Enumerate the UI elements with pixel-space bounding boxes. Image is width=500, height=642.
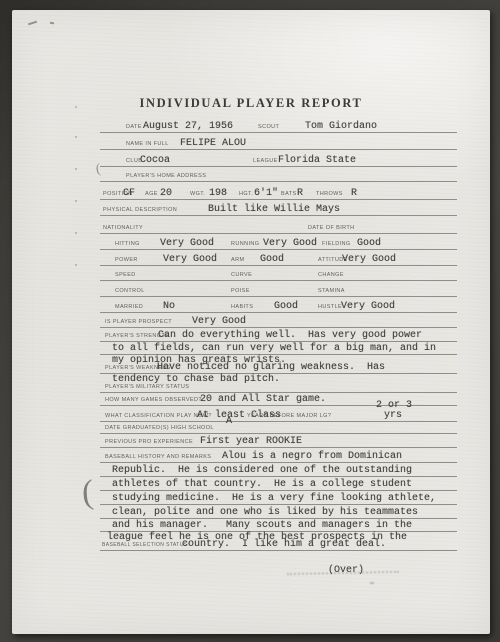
remarks-line3: athletes of that country. He is a colleg… [112, 479, 412, 490]
hitting-label: HITTING [115, 241, 140, 247]
field-row-graduated: DATE GRADUATED(S) HIGH SCHOOL [100, 422, 457, 434]
ratings-row-control: CONTROL POISE STAMINA [100, 281, 457, 297]
position-value: CF [123, 188, 135, 199]
fielding-value: Good [357, 238, 381, 249]
margin-tick [75, 200, 77, 202]
field-row-nationality-dob: NATIONALITY DATE OF BIRTH [100, 216, 457, 234]
field-row-military-status: PLAYER'S MILITARY STATUS [100, 383, 457, 393]
hustle-value: Very Good [341, 301, 395, 312]
married-value: No [163, 301, 175, 312]
margin-tick [75, 232, 77, 234]
years-before-major-value: yrs [384, 410, 402, 421]
scanned-document-background: { "document": { "title": "INDIVIDUAL PLA… [0, 0, 500, 642]
field-row-remarks: BASEBALL HISTORY AND REMARKS Alou is a n… [100, 448, 457, 463]
ratings-row-married: MARRIED No HABITS Good HUSTLE Very Good [100, 297, 457, 313]
nationality-label: NATIONALITY [103, 225, 143, 231]
pencil-mark-icon [50, 22, 54, 25]
name-value: FELIPE ALOU [180, 138, 246, 149]
league-label: LEAGUE [253, 158, 278, 164]
field-row-club-league: CLUB Cocoa LEAGUE Florida State [100, 150, 457, 167]
stamina-label: STAMINA [318, 288, 345, 294]
selection-status-label: BASEBALL SELECTION STATUS: [102, 542, 189, 548]
field-row-selection-status: BASEBALL SELECTION STATUS: country. I li… [100, 541, 457, 551]
strength-line2: to all fields, can run very well for a b… [112, 343, 436, 354]
arm-value: Good [260, 254, 284, 265]
ratings-row-hitting: HITTING Very Good RUNNING Very Good FIEL… [100, 234, 457, 250]
date-of-birth-label: DATE OF BIRTH [308, 225, 355, 231]
prospect-label: IS PLAYER PROSPECT [105, 319, 172, 325]
age-value: 20 [160, 188, 172, 199]
pencil-mark-icon [28, 21, 37, 26]
scanned-paper-sheet: ( ( INDIVIDUAL PLAYER REPORT DATE August… [12, 10, 490, 634]
strength-continuation-row: to all fields, can run very well for a b… [100, 342, 457, 355]
remarks-line2: Republic. He is considered one of the ou… [112, 465, 412, 476]
remarks-line5: clean, polite and one who is liked by hi… [112, 507, 418, 518]
field-row-name: NAME IN FULL FELIPE ALOU [100, 133, 457, 150]
league-value: Florida State [278, 155, 356, 166]
power-label: POWER [115, 257, 138, 263]
form-content: INDIVIDUAL PLAYER REPORT DATE August 27,… [100, 96, 457, 576]
remarks-continuation-row: athletes of that country. He is a colleg… [100, 477, 457, 491]
remarks-continuation-row: Republic. He is considered one of the ou… [100, 463, 457, 477]
field-row-home-address: PLAYER'S HOME ADDRESS [100, 167, 457, 182]
margin-tick [75, 106, 77, 108]
weakness-line1: Have noticed no glaring weakness. Has [157, 362, 385, 373]
name-label: NAME IN FULL [126, 141, 169, 147]
married-label: MARRIED [115, 304, 143, 310]
strength-line1: Can do everything well. Has very good po… [158, 330, 422, 341]
date-value: August 27, 1956 [143, 121, 233, 132]
change-label: CHANGE [318, 272, 344, 278]
throws-label: THROWS [316, 191, 343, 197]
fielding-label: FIELDING [322, 241, 351, 247]
poise-label: POISE [231, 288, 250, 294]
years-before-major-label: YEARS BEFORE MAJOR LG? [247, 413, 331, 419]
prospect-value: Very Good [192, 316, 246, 327]
field-row-prospect: IS PLAYER PROSPECT Very Good [100, 313, 457, 328]
scout-value: Tom Giordano [305, 121, 377, 132]
classification-label: WHAT CLASSIFICATION PLAY NOW? [105, 413, 212, 419]
weight-value: 198 [209, 188, 227, 199]
speed-label: SPEED [115, 272, 136, 278]
control-label: CONTROL [115, 288, 145, 294]
over-note: (Over) [100, 565, 457, 576]
physical-description-label: PHYSICAL DESCRIPTION [103, 207, 177, 213]
age-label: AGE [145, 191, 158, 197]
margin-tick [75, 136, 77, 138]
military-status-label: PLAYER'S MILITARY STATUS [105, 384, 189, 390]
date-label: DATE [126, 124, 142, 130]
remarks-continuation-row: clean, polite and one who is liked by hi… [100, 505, 457, 519]
arm-label: ARM [231, 257, 244, 263]
pro-experience-label: PREVIOUS PRO EXPERIENCE [105, 439, 193, 445]
field-row-weakness: PLAYER'S WEAKNESS Have noticed no glarin… [100, 363, 457, 374]
weakness-continuation-row: tendency to chase bad pitch. [100, 374, 457, 383]
margin-tick [75, 168, 77, 170]
ratings-row-speed: SPEED CURVE CHANGE [100, 266, 457, 281]
height-value: 6'1" [254, 188, 278, 199]
games-observed-label: HOW MANY GAMES OBSERVED? [105, 397, 202, 403]
running-label: RUNNING [231, 241, 259, 247]
bats-value: R [297, 188, 303, 199]
habits-value: Good [274, 301, 298, 312]
hitting-value: Very Good [160, 238, 214, 249]
bats-label: BATS [281, 191, 297, 197]
handwritten-paren-annotation: ( [81, 474, 95, 513]
scout-label: SCOUT [258, 124, 279, 130]
running-value: Very Good [263, 238, 317, 249]
remarks-line4: studying medicine. He is a very fine loo… [112, 493, 436, 504]
remarks-line1: Alou is a negro from Dominican [222, 451, 402, 462]
field-row-position-vitals: POSITION CF AGE 20 WGT. 198 HGT. 6'1" BA… [100, 182, 457, 200]
physical-description-value: Built like Willie Mays [208, 204, 340, 215]
field-row-date-scout: DATE August 27, 1956 SCOUT Tom Giordano [100, 117, 457, 133]
selection-status-value: country. I like him a great deal. [182, 539, 386, 550]
remarks-continuation-row: studying medicine. He is a very fine loo… [100, 491, 457, 505]
hustle-label: HUSTLE [318, 304, 342, 310]
home-address-label: PLAYER'S HOME ADDRESS [126, 173, 206, 179]
power-value: Very Good [163, 254, 217, 265]
margin-tick [75, 264, 77, 266]
remarks-label: BASEBALL HISTORY AND REMARKS [105, 454, 211, 460]
throws-value: R [351, 188, 357, 199]
pro-experience-value: First year ROOKIE [200, 436, 302, 447]
habits-label: HABITS [231, 304, 253, 310]
ratings-row-power: POWER Very Good ARM Good ATTITUDE Very G… [100, 250, 457, 266]
field-row-classification: WHAT CLASSIFICATION PLAY NOW? At least C… [100, 406, 457, 422]
attitude-value: Very Good [342, 254, 396, 265]
curve-label: CURVE [231, 272, 252, 278]
remarks-line6: and his manager. Many scouts and manager… [112, 520, 412, 531]
pencil-speck [370, 582, 374, 584]
games-observed-value: 20 and All Star game. [200, 394, 326, 405]
field-row-physical-description: PHYSICAL DESCRIPTION Built like Willie M… [100, 200, 457, 216]
club-value: Cocoa [140, 155, 170, 166]
field-row-pro-experience: PREVIOUS PRO EXPERIENCE First year ROOKI… [100, 434, 457, 448]
weight-label: WGT. [190, 191, 205, 197]
height-label: HGT. [239, 191, 253, 197]
remarks-continuation-row: and his manager. Many scouts and manager… [100, 519, 457, 532]
field-row-strength: PLAYER'S STRENGTH Can do everything well… [100, 328, 457, 342]
graduated-label: DATE GRADUATED(S) HIGH SCHOOL [105, 425, 214, 431]
form-title: INDIVIDUAL PLAYER REPORT [100, 96, 457, 111]
